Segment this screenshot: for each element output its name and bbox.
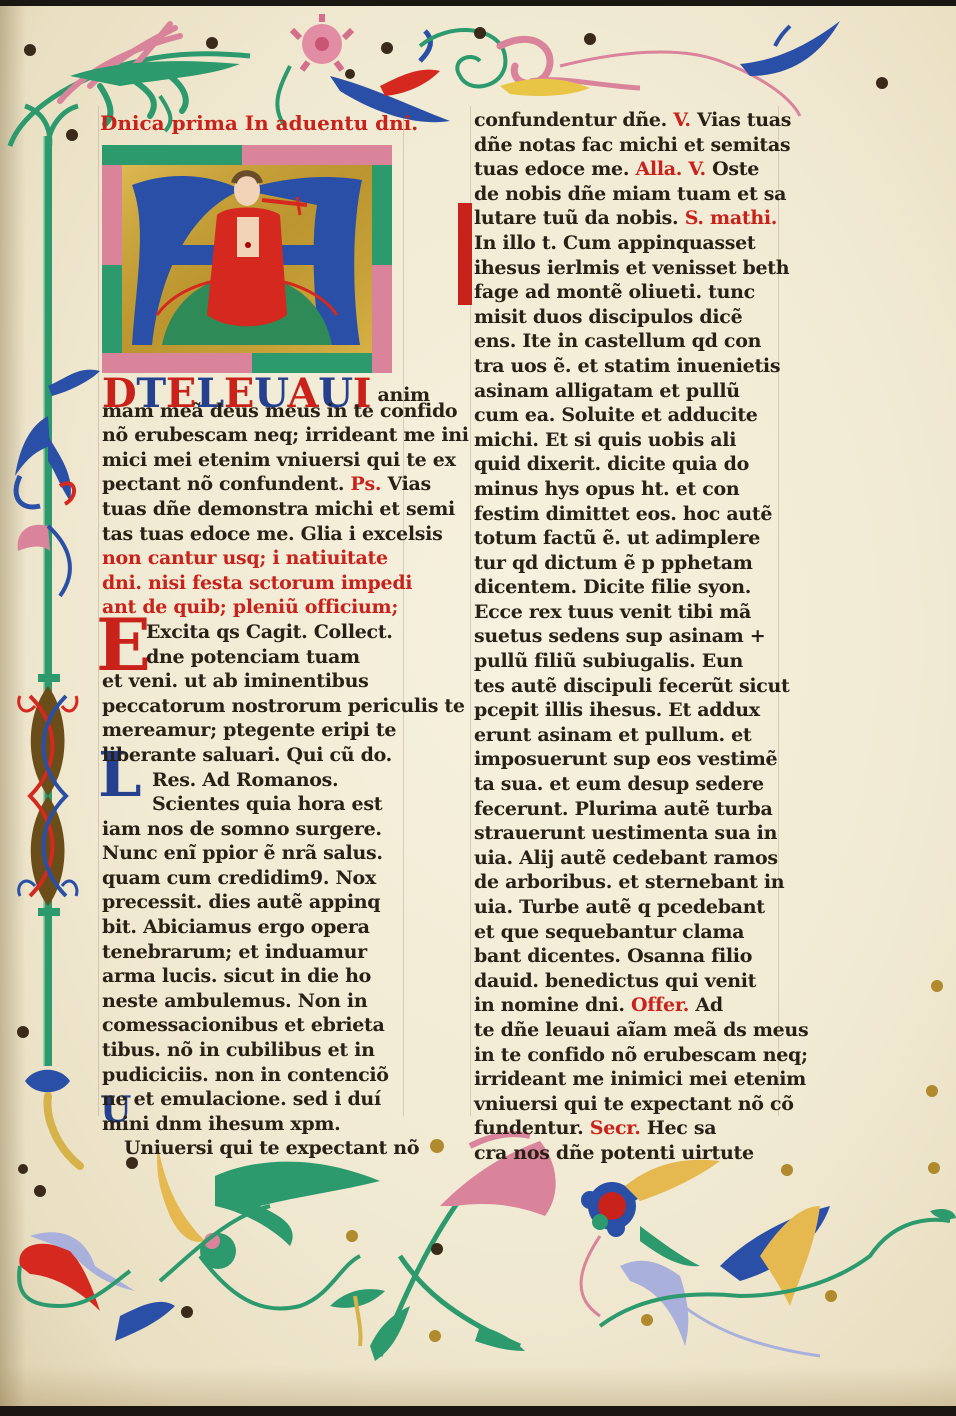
text-line: dñe notas fac michi et semitas — [474, 133, 779, 158]
text-line: Scientes quia hora est — [102, 792, 402, 817]
text-line: fundentur. Secr. Hec sa — [474, 1116, 779, 1141]
text-line: in nomine dni. Offer. Ad — [474, 993, 779, 1018]
rubric-line: ant de quib; pleniũ officium; — [102, 595, 402, 620]
text-line: In illo t. Cum appinquasset — [474, 231, 779, 256]
text-line: tuas edoce me. Alla. V. Oste — [474, 157, 779, 182]
text-line: confundentur dñe. V. Vias tuas — [474, 108, 779, 133]
text-line: Uniuersi qui te expectant nõ — [102, 1136, 402, 1161]
rubric-line: dni. nisi festa sctorum impedi — [102, 571, 402, 596]
text-line: ta sua. et eum desup sedere — [474, 772, 779, 797]
text-line: tibus. nõ in cubilibus et in — [102, 1038, 402, 1063]
text-line: tra uos ẽ. et statim inuenietis — [474, 354, 779, 379]
text-line: pcepit illis ihesus. Et addux — [474, 698, 779, 723]
text-line: dicentem. Dicite filie syon. — [474, 575, 779, 600]
text-line: tenebrarum; et induamur — [102, 940, 402, 965]
christ-in-majesty-initial-icon — [102, 145, 392, 373]
text-line: neste ambulemus. Non in — [102, 989, 402, 1014]
text-line: cum ea. Soluite et adducite — [474, 403, 779, 428]
text-line: totum factũ ẽ. ut adimplere — [474, 526, 779, 551]
text-line: misit duos discipulos dicẽ — [474, 305, 779, 330]
text-line: te dñe leuaui aĩam meã ds meus — [474, 1018, 779, 1043]
text-line: iam nos de somno surgere. — [102, 817, 402, 842]
text-line: Ecce rex tuus venit tibi mã — [474, 600, 779, 625]
text-line: DTELEUAUI anim — [102, 374, 402, 399]
text-line: suetus sedens sup asinam + — [474, 624, 779, 649]
text-line: asinam alligatam et pullũ — [474, 379, 779, 404]
text-line: mereamur; ptegente eripi te — [102, 718, 402, 743]
bottom-border-vine-icon — [19, 1134, 956, 1361]
text-line: Res. Ad Romanos. — [102, 768, 402, 793]
historiated-initial — [102, 145, 392, 373]
text-line: in te confido nõ erubescam neq; — [474, 1043, 779, 1068]
text-line: nõ erubescam neq; irrideant me ini — [102, 423, 402, 448]
text-line: fecerunt. Plurima autẽ turba — [474, 797, 779, 822]
text-line: et veni. ut ab iminentibus — [102, 669, 402, 694]
text-line: pullũ filiũ subiugalis. Eun — [474, 649, 779, 674]
text-line: michi. Et si quis uobis ali — [474, 428, 779, 453]
right-text-column: confundentur dñe. V. Vias tuas dñe notas… — [474, 108, 779, 1166]
text-line: festim dimittet eos. hoc autẽ — [474, 502, 779, 527]
text-line: de arboribus. et sternebant in — [474, 870, 779, 895]
manuscript-page: Dnica prima In aduentu dni. — [0, 6, 956, 1406]
text-line: strauerunt uestimenta sua in — [474, 821, 779, 846]
text-line: vniuersi qui te expectant nõ cõ — [474, 1092, 779, 1117]
text-line: irrideant me inimici mei etenim — [474, 1067, 779, 1092]
text-line: pudiciciis. non in contenciõ — [102, 1063, 402, 1088]
text-line: lutare tuũ da nobis. S. mathi. — [474, 206, 779, 231]
text-line: bant dicentes. Osanna filio — [474, 944, 779, 969]
text-line: mini dnm ihesum xpm. — [102, 1112, 402, 1137]
text-line: ihesus ierlmis et venisset beth — [474, 256, 779, 281]
text-line: uia. Alij autẽ cedebant ramos — [474, 846, 779, 871]
text-line: fage ad montẽ oliueti. tunc — [474, 280, 779, 305]
text-line: mam meã deus meus in te confido — [102, 399, 402, 424]
text-line: arma lucis. sicut in die ho — [102, 964, 402, 989]
page-heading-rubric: Dnica prima In aduentu dni. — [100, 111, 418, 135]
text-line: et que sequebantur clama — [474, 920, 779, 945]
text-line: precessit. dies autẽ appinq — [102, 890, 402, 915]
text-line: de nobis dñe miam tuam et sa — [474, 182, 779, 207]
text-line: bit. Abiciamus ergo opera — [102, 915, 402, 940]
text-line: pectant nõ confundent. Ps. Vias — [102, 472, 402, 497]
text-line: tur qd dictum ẽ p pphetam — [474, 551, 779, 576]
text-line: liberante saluari. Qui cũ do. — [102, 743, 402, 768]
left-text-column: DTELEUAUI anim mam meã deus meus in te c… — [102, 374, 402, 1161]
text-line: ne et emulacione. sed i duí — [102, 1087, 402, 1112]
text-line: uia. Turbe autẽ q pcedebant — [474, 895, 779, 920]
text-line: quid dixerit. dicite quia do — [474, 452, 779, 477]
text-line: mici mei etenim vniuersi qui te ex — [102, 448, 402, 473]
text-line: Nunc enĩ ppior ẽ nrã salus. — [102, 841, 402, 866]
text-line: imposuerunt sup eos vestimẽ — [474, 747, 779, 772]
left-border-vine-icon — [15, 106, 100, 1166]
text-line: minus hys opus ht. et con — [474, 477, 779, 502]
text-line: dauid. benedictus qui venit — [474, 969, 779, 994]
text-line: Excita qs Cagit. Collect. — [102, 620, 402, 645]
rubric-line: non cantur usq; i natiuitate — [102, 546, 402, 571]
decorated-initial-I — [458, 203, 472, 305]
text-line: peccatorum nostrorum periculis te — [102, 694, 402, 719]
text-line: tuas dñe demonstra michi et semi — [102, 497, 402, 522]
text-line: comessacionibus et ebrieta — [102, 1013, 402, 1038]
text-line: quam cum credidim9. Nox — [102, 866, 402, 891]
text-line: dne potenciam tuam — [102, 645, 402, 670]
text-line: erunt asinam et pullum. et — [474, 723, 779, 748]
text-line: tas tuas edoce me. Glia i excelsis — [102, 522, 402, 547]
text-line: cra nos dñe potenti uirtute — [474, 1141, 779, 1166]
text-line: ens. Ite in castellum qd con — [474, 329, 779, 354]
text-line: tes autẽ discipuli fecerũt sicut — [474, 674, 779, 699]
